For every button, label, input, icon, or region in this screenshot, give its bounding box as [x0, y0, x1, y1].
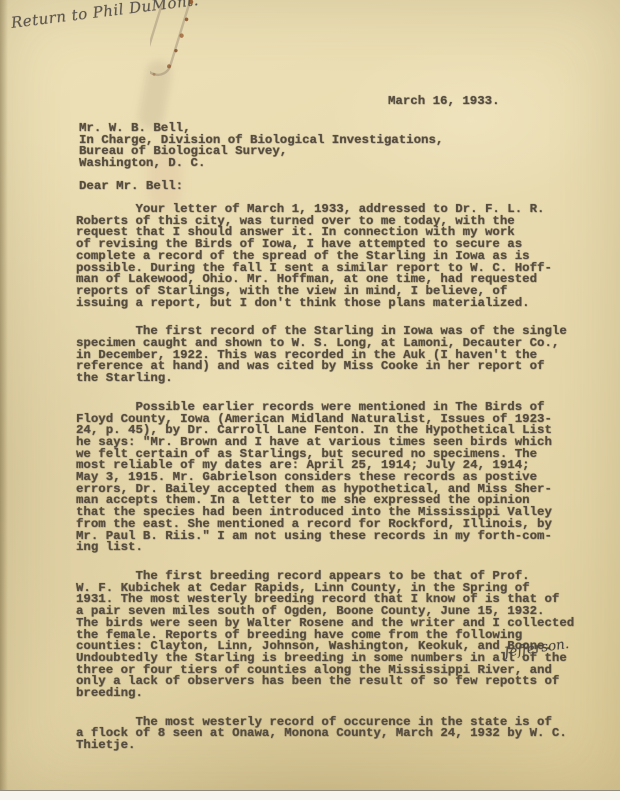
paperclip-mark: [150, 0, 280, 116]
paragraph-5: The most westerly record of occurence in…: [76, 717, 588, 752]
recipient-address: Mr. W. B. Bell, In Charge, Division of B…: [79, 123, 443, 170]
paragraph-1: Your letter of March 1, 1933, addressed …: [76, 204, 588, 309]
letter-date: March 16, 1933.: [388, 96, 500, 108]
scanned-letter-page: Return to Phil DuMont. March 16, 1933. M…: [0, 0, 620, 800]
salutation: Dear Mr. Bell:: [79, 181, 183, 193]
letter-body: Your letter of March 1, 1933, addressed …: [76, 204, 588, 769]
paragraph-3: Possible earlier records were mentioned …: [76, 402, 588, 554]
scan-left-edge-shadow: [0, 0, 8, 800]
paragraph-2: The first record of the Starling in Iowa…: [76, 326, 588, 385]
scan-bottom-edge: [0, 790, 620, 800]
paragraph-4: The first breeding record appears to be …: [76, 571, 588, 700]
